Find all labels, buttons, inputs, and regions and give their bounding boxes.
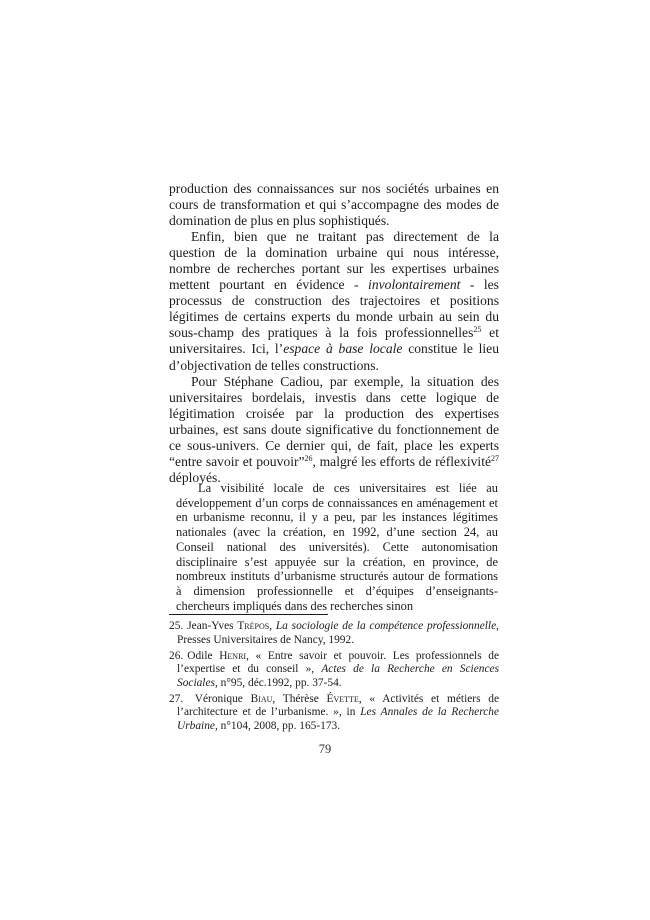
- footnote-number: 27.: [169, 693, 183, 705]
- quote-text: La visibilité locale de ces universitair…: [176, 481, 498, 613]
- footnote-separator: [169, 614, 328, 615]
- footnote-text: , n°95, déc.1992, pp. 37-54.: [215, 677, 342, 689]
- page-number: 79: [0, 742, 650, 757]
- author-first: Jean-Yves: [187, 620, 237, 632]
- footnote-text: ,: [269, 620, 276, 632]
- author-first: Odile: [187, 650, 219, 662]
- block-quote: La visibilité locale de ces universitair…: [176, 481, 498, 613]
- author2-last: Évette: [327, 693, 359, 705]
- author-last: Trépos: [237, 620, 269, 632]
- author2-first: , Thérèse: [272, 693, 326, 705]
- paragraph-enfin: Enfin, bien que ne traitant pas directem…: [169, 229, 499, 373]
- footnote-ref-27[interactable]: 27: [491, 454, 499, 463]
- footnote-26: 26.Odile Henri, « Entre savoir et pouvoi…: [169, 650, 499, 691]
- book-page: production des connaissances sur nos soc…: [0, 0, 650, 920]
- paragraph-cadiou: Pour Stéphane Cadiou, par exemple, la si…: [169, 374, 499, 486]
- footnote-ref-26[interactable]: 26: [305, 454, 313, 463]
- author-last: Henri: [219, 650, 246, 662]
- text-segment: , malgré les efforts de réflexivité: [313, 454, 491, 469]
- author-last: Biau: [251, 693, 273, 705]
- italic-term: espace à base locale: [283, 341, 402, 356]
- footnote-number: 26.: [169, 650, 183, 662]
- footnote-25: 25.Jean-Yves Trépos, La sociologie de la…: [169, 620, 499, 647]
- footnotes: 25.Jean-Yves Trépos, La sociologie de la…: [169, 620, 499, 736]
- main-text: production des connaissances sur nos soc…: [169, 181, 499, 486]
- author-first: Véronique: [187, 693, 250, 705]
- footnote-27: 27. Véronique Biau, Thérèse Évette, « Ac…: [169, 693, 499, 734]
- footnote-number: 25.: [169, 620, 183, 632]
- work-title: La sociologie de la compétence professio…: [276, 620, 496, 632]
- italic-term: involontairement: [368, 277, 460, 292]
- paragraph-continuation: production des connaissances sur nos soc…: [169, 181, 499, 229]
- footnote-text: n°104, 2008, pp. 165-173.: [218, 720, 340, 732]
